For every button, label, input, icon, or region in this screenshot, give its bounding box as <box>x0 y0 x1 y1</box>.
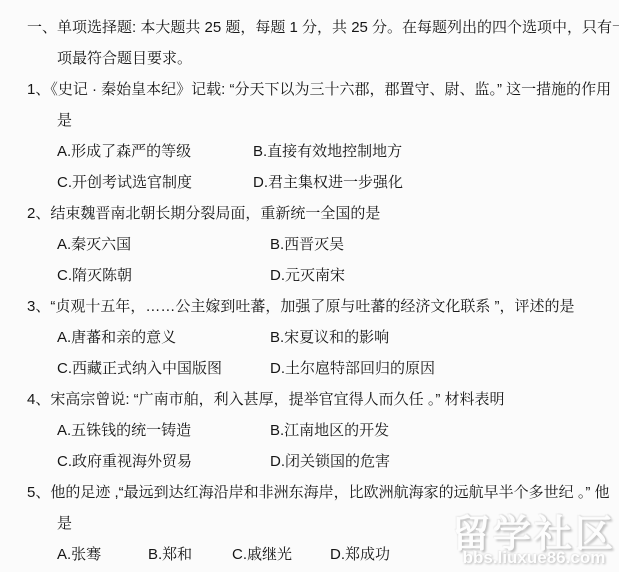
question-3-stem: 3、“贞观十五年，……公主嫁到吐蕃，加强了原与吐蕃的经济文化联系 ”，评述的是 <box>0 291 619 322</box>
question-4-options-row-1: A.五铢钱的统一铸造 B.江南地区的开发 <box>0 415 619 446</box>
question-3-option-b: B.宋夏议和的影响 <box>270 322 389 353</box>
question-3-option-a: A.唐蕃和亲的意义 <box>57 322 270 353</box>
question-2-option-a: A.秦灭六国 <box>57 229 270 260</box>
question-2-options-row-1: A.秦灭六国 B.西晋灭吴 <box>0 229 619 260</box>
question-5-option-a: A.张骞 <box>57 539 148 570</box>
section-header-line2: 项最符合题目要求。 <box>0 43 619 74</box>
question-1-option-b: B.直接有效地控制地方 <box>253 136 402 167</box>
question-2-option-b: B.西晋灭吴 <box>270 229 344 260</box>
question-4-option-c: C.政府重视海外贸易 <box>57 446 270 477</box>
question-1-stem-cont: 是 <box>0 105 619 136</box>
question-2-stem: 2、结束魏晋南北朝长期分裂局面，重新统一全国的是 <box>0 198 619 229</box>
question-5-options-row: A.张骞 B.郑和 C.戚继光 D.郑成功 <box>0 539 619 570</box>
question-5-option-d: D.郑成功 <box>330 539 390 570</box>
question-3-options-row-1: A.唐蕃和亲的意义 B.宋夏议和的影响 <box>0 322 619 353</box>
question-1-stem: 1、《史记 · 秦始皇本纪》记载: “分天下以为三十六郡，郡置守、尉、监。” 这… <box>0 74 619 105</box>
question-4-option-b: B.江南地区的开发 <box>270 415 389 446</box>
question-1-options-row-2: C.开创考试选官制度 D.君主集权进一步强化 <box>0 167 619 198</box>
question-1-option-c: C.开创考试选官制度 <box>57 167 253 198</box>
question-5-option-b: B.郑和 <box>148 539 232 570</box>
question-1-option-a: A.形成了森严的等级 <box>57 136 253 167</box>
question-4-options-row-2: C.政府重视海外贸易 D.闭关锁国的危害 <box>0 446 619 477</box>
question-1-option-d: D.君主集权进一步强化 <box>253 167 403 198</box>
question-3-option-c: C.西藏正式纳入中国版图 <box>57 353 270 384</box>
exam-paper: 一、单项选择题: 本大题共 25 题，每题 1 分，共 25 分。在每题列出的四… <box>0 0 619 570</box>
question-4-stem: 4、宋高宗曾说: “广南市舶，利入甚厚，提举官宜得人而久任 。” 材料表明 <box>0 384 619 415</box>
question-4-option-d: D.闭关锁国的危害 <box>270 446 390 477</box>
section-header-line1: 一、单项选择题: 本大题共 25 题，每题 1 分，共 25 分。在每题列出的四… <box>0 12 619 43</box>
question-5-stem: 5、他的足迹 ,“最远到达红海沿岸和非洲东海岸，比欧洲航海家的远航早半个多世纪 … <box>0 477 619 508</box>
question-4-option-a: A.五铢钱的统一铸造 <box>57 415 270 446</box>
question-2-option-d: D.元灭南宋 <box>270 260 345 291</box>
question-2-options-row-2: C.隋灭陈朝 D.元灭南宋 <box>0 260 619 291</box>
question-5-stem-cont: 是 <box>0 508 619 539</box>
question-5-option-c: C.戚继光 <box>232 539 330 570</box>
question-3-options-row-2: C.西藏正式纳入中国版图 D.土尔扈特部回归的原因 <box>0 353 619 384</box>
question-2-option-c: C.隋灭陈朝 <box>57 260 270 291</box>
question-3-option-d: D.土尔扈特部回归的原因 <box>270 353 435 384</box>
question-1-options-row-1: A.形成了森严的等级 B.直接有效地控制地方 <box>0 136 619 167</box>
